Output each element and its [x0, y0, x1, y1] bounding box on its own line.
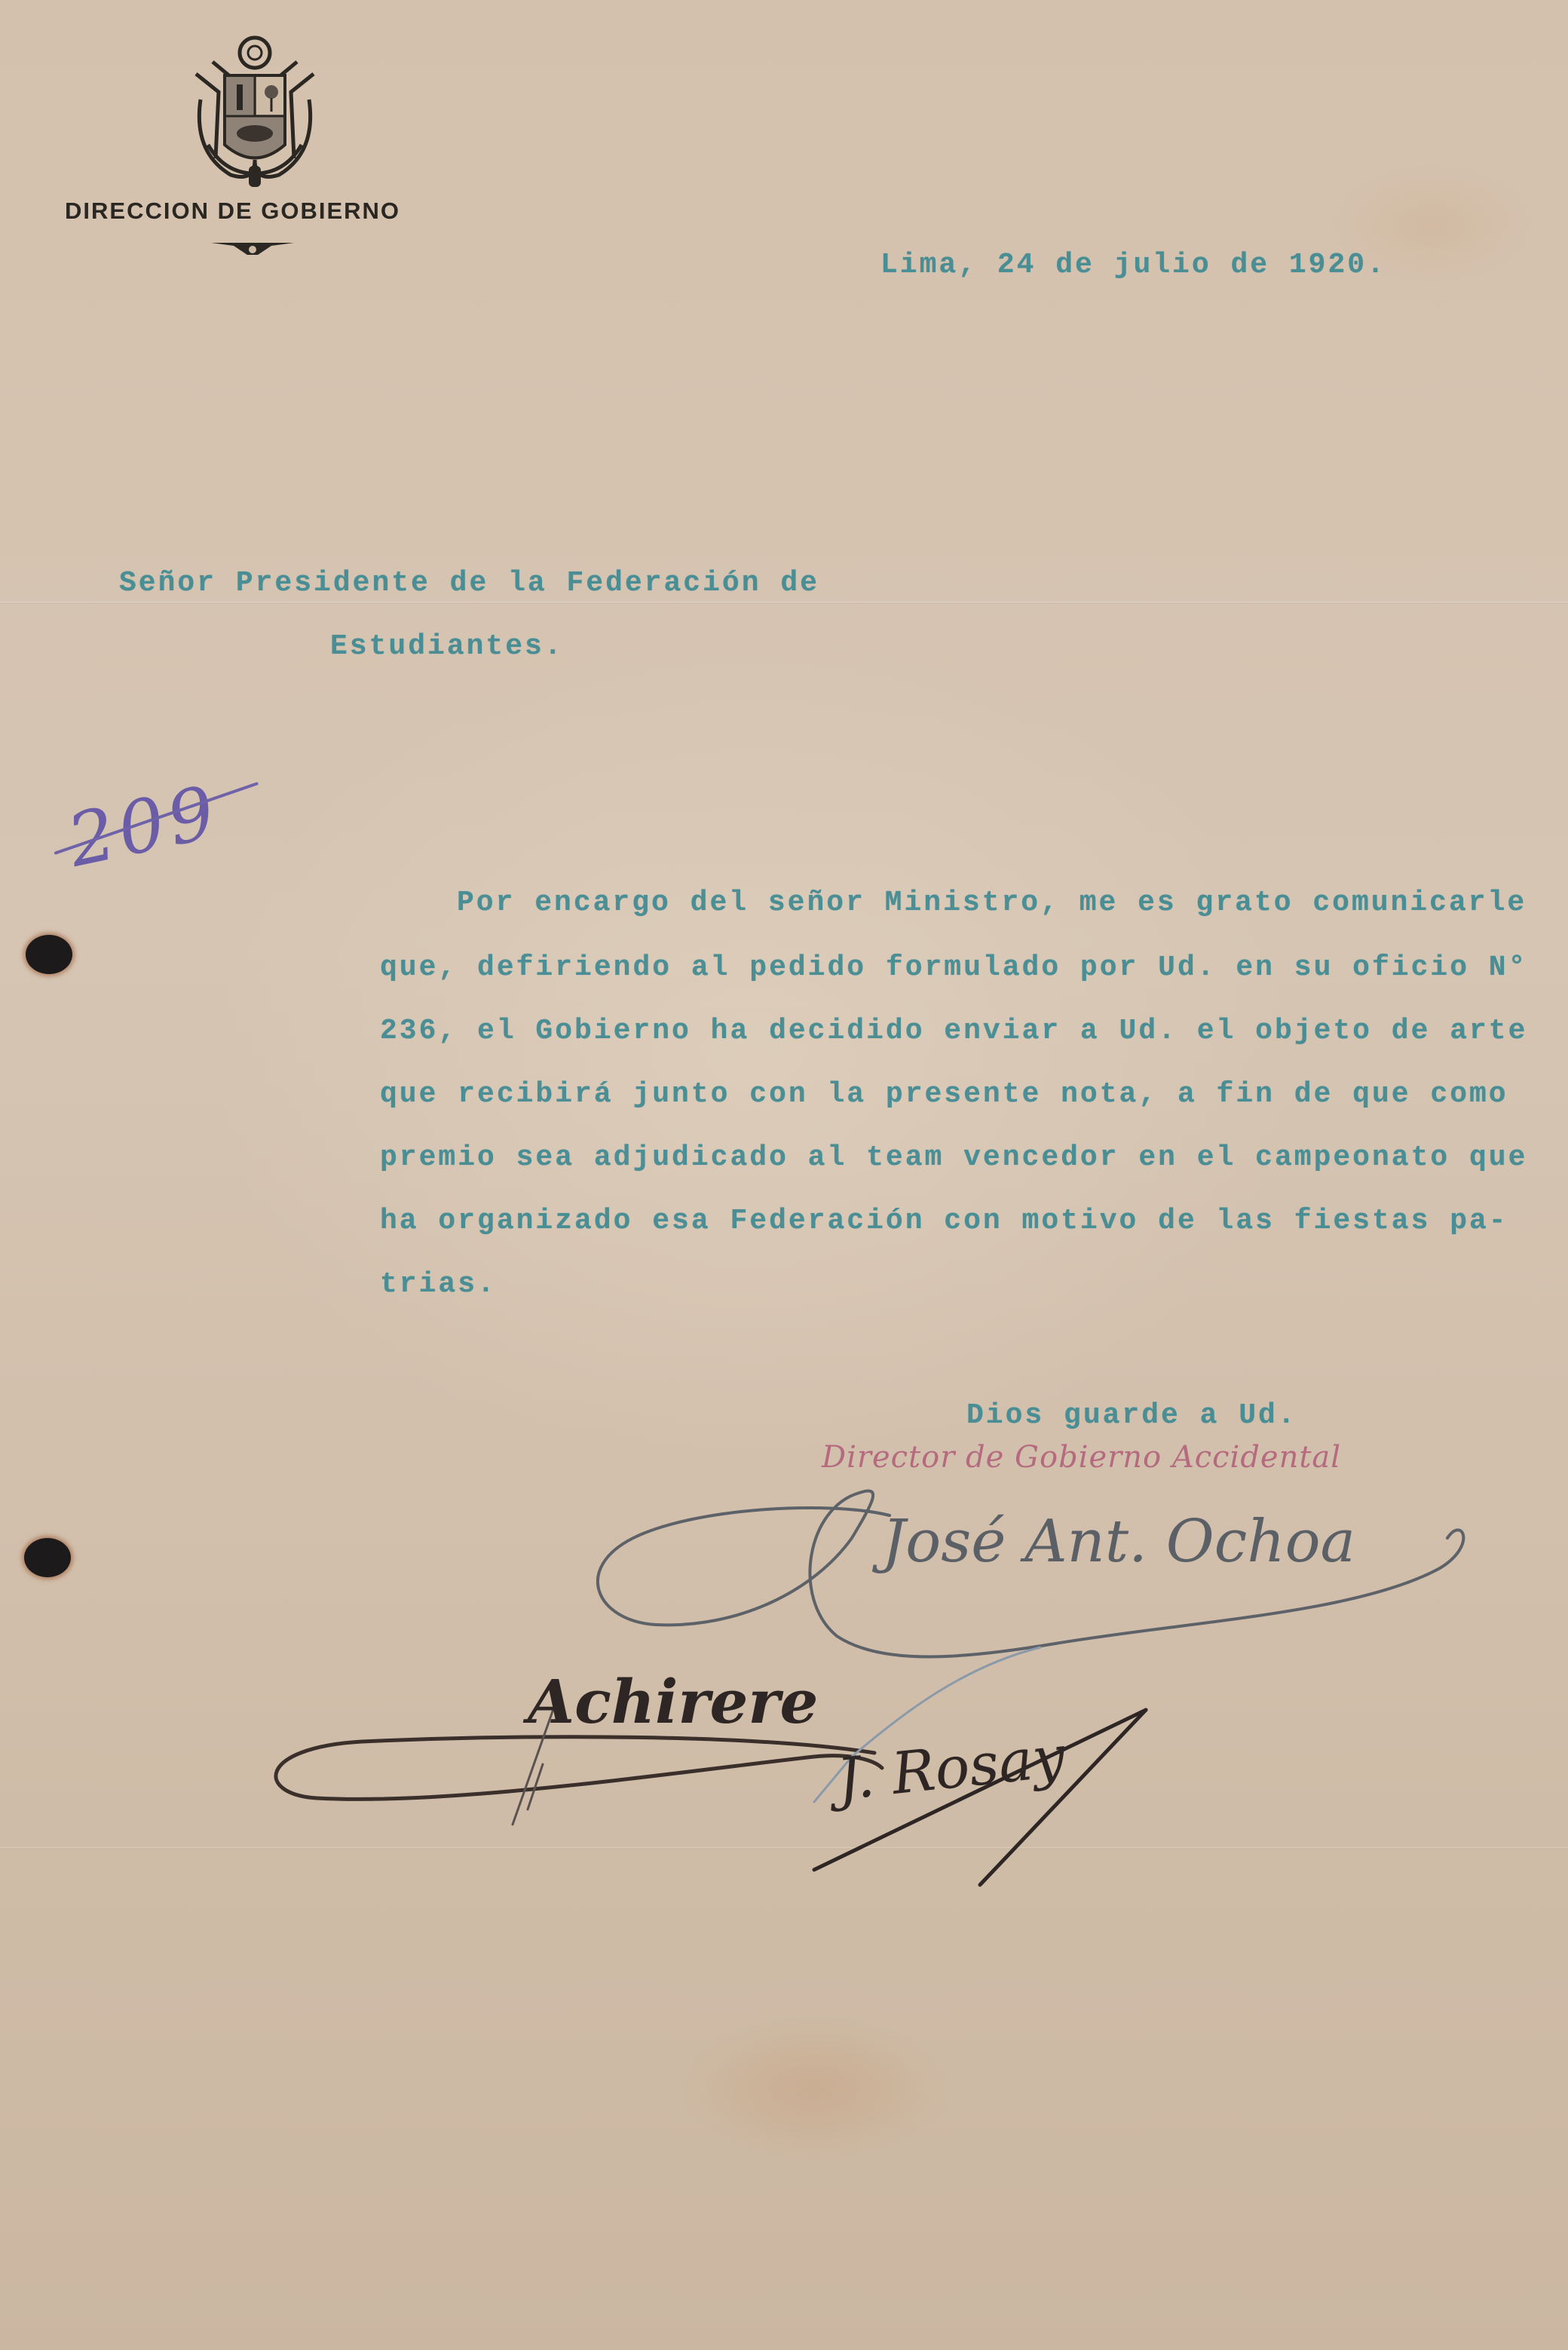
secondary-signature-left: Achirere	[528, 1666, 818, 1737]
closing-salutation: Dios guarde a Ud.	[966, 1399, 1297, 1432]
addressee-line-2: Estudiantes.	[330, 630, 564, 663]
office-name: DIRECCION DE GOBIERNO	[65, 198, 442, 225]
body-line: Por encargo del señor Ministro, me es gr…	[457, 887, 1527, 919]
body-line: trias.	[380, 1268, 497, 1301]
peru-coat-of-arms-icon	[185, 32, 324, 190]
paper-fold-line	[0, 1847, 1568, 1849]
body-line: que, defiriendo al pedido formulado por …	[380, 951, 1527, 984]
paper-fold-line	[0, 602, 1568, 604]
punch-hole	[24, 1538, 71, 1577]
official-stamp-title: Director de Gobierno Accidental	[822, 1440, 1341, 1475]
body-line: 236, el Gobierno ha decidido enviar a Ud…	[380, 1015, 1527, 1047]
body-line: que recibirá junto con la presente nota,…	[380, 1078, 1508, 1111]
body-line: premio sea adjudicado al team vencedor e…	[380, 1141, 1527, 1174]
addressee-line-1: Señor Presidente de la Federación de	[119, 567, 819, 599]
date-line: Lima, 24 de julio de 1920.	[880, 249, 1386, 281]
body-line: ha organizado esa Federación con motivo …	[380, 1205, 1508, 1237]
primary-signature: José Ant. Ochoa	[882, 1508, 1355, 1576]
decorative-flourish-icon	[211, 240, 294, 256]
punch-hole	[26, 935, 72, 974]
document-paper	[0, 0, 1568, 2350]
